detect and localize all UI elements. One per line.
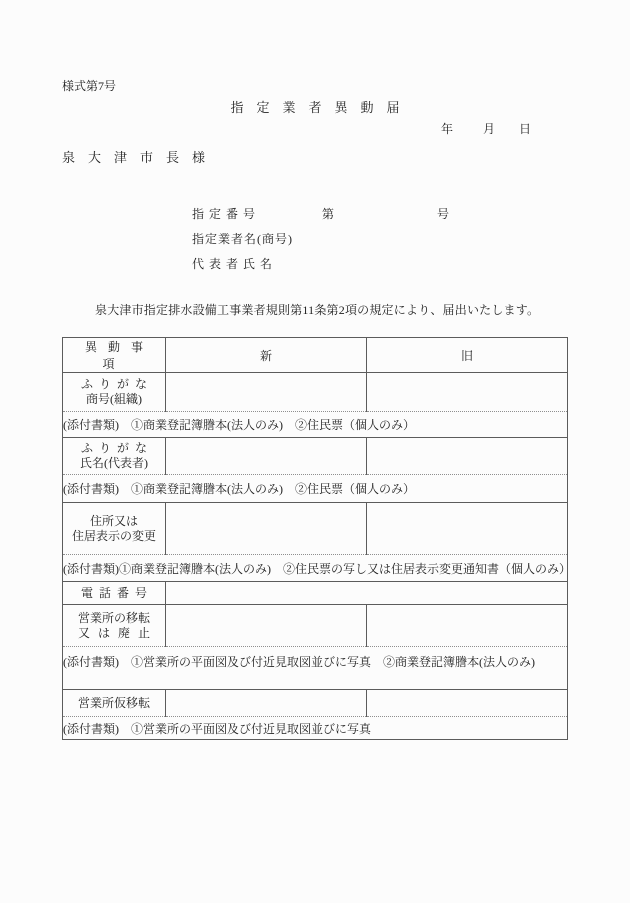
designation-go-label: 号	[437, 205, 449, 222]
address-change-label: 住所又は 住居表示の変更	[63, 503, 166, 555]
row-attachment-1: (添付書類) ①商業登記簿謄本(法人のみ) ②住民票（個人のみ）	[63, 412, 568, 438]
attachment-note: (添付書類) ①営業所の平面図及び付近見取図並びに写真	[63, 717, 568, 740]
month-label: 月	[483, 122, 495, 136]
declaration-sentence: 泉大津市指定排水設備工事業者規則第11条第2項の規定により、届出いたします。	[95, 301, 539, 318]
address-label-line2: 住居表示の変更	[72, 529, 156, 543]
document-title: 指定業者異動届	[0, 97, 630, 116]
trade-name-label: ふりがな 商号(組織)	[63, 373, 166, 412]
address-label-line1: 住所又は	[90, 514, 138, 528]
office-relocation-label: 営業所の移転 又は廃止	[63, 605, 166, 647]
trade-name-sublabel: 商号(組織)	[86, 392, 142, 406]
row-attachment-3: (添付書類)①商業登記簿謄本(法人のみ) ②住民票の写し又は住居表示変更通知書（…	[63, 555, 568, 582]
row-phone-number: 電話番号	[63, 582, 568, 605]
row-address-change: 住所又は 住居表示の変更	[63, 503, 568, 555]
representative-sublabel: 氏名(代表者)	[80, 456, 148, 470]
office-relocation-line1: 営業所の移転	[78, 611, 150, 625]
document-page: 様式第7号 指定業者異動届 年月日 泉大津市長様 指定番号 第 号 指定業者名(…	[0, 0, 630, 903]
old-value-cell	[367, 605, 568, 647]
form-number: 様式第7号	[62, 77, 116, 94]
new-value-cell	[166, 503, 367, 555]
row-office-relocation: 営業所の移転 又は廃止	[63, 605, 568, 647]
header-old: 旧	[367, 338, 568, 373]
designation-dai-label: 第	[322, 205, 334, 222]
temporary-relocation-label: 営業所仮移転	[63, 690, 166, 717]
header-new: 新	[166, 338, 367, 373]
header-item: 異動事項	[63, 338, 166, 373]
old-value-cell	[367, 690, 568, 717]
new-value-cell	[166, 438, 367, 475]
table-header-row: 異動事項 新 旧	[63, 338, 568, 373]
day-label: 日	[519, 122, 531, 136]
date-line: 年月日	[441, 120, 531, 137]
furigana-label: ふりがな	[75, 441, 153, 455]
row-attachment-4: (添付書類) ①営業所の平面図及び付近見取図並びに写真 ②商業登記簿謄本(法人の…	[63, 647, 568, 690]
attachment-note: (添付書類) ①営業所の平面図及び付近見取図並びに写真 ②商業登記簿謄本(法人の…	[63, 647, 568, 690]
row-trade-name: ふりがな 商号(組織)	[63, 373, 568, 412]
year-label: 年	[441, 122, 453, 136]
row-representative-name: ふりがな 氏名(代表者)	[63, 438, 568, 475]
change-items-table: 異動事項 新 旧 ふりがな 商号(組織) (添付書類) ①商業登記簿謄本(法人の…	[62, 337, 568, 740]
row-attachment-5: (添付書類) ①営業所の平面図及び付近見取図並びに写真	[63, 717, 568, 740]
attachment-note: (添付書類) ①商業登記簿謄本(法人のみ) ②住民票（個人のみ）	[63, 412, 568, 438]
new-value-cell	[166, 373, 367, 412]
row-temporary-relocation: 営業所仮移転	[63, 690, 568, 717]
designation-number-label: 指定番号	[192, 205, 260, 222]
phone-value-cell	[166, 582, 568, 605]
attachment-note: (添付書類) ①商業登記簿謄本(法人のみ) ②住民票（個人のみ）	[63, 475, 568, 503]
attachment-note: (添付書類)①商業登記簿謄本(法人のみ) ②住民票の写し又は住居表示変更通知書（…	[63, 555, 568, 582]
office-relocation-line2: 又は廃止	[70, 626, 158, 640]
addressee: 泉大津市長様	[62, 147, 218, 166]
new-value-cell	[166, 690, 367, 717]
new-value-cell	[166, 605, 367, 647]
old-value-cell	[367, 438, 568, 475]
row-attachment-2: (添付書類) ①商業登記簿謄本(法人のみ) ②住民票（個人のみ）	[63, 475, 568, 503]
representative-name-cell-label: ふりがな 氏名(代表者)	[63, 438, 166, 475]
old-value-cell	[367, 503, 568, 555]
company-name-label: 指定業者名(商号)	[192, 230, 293, 247]
old-value-cell	[367, 373, 568, 412]
phone-number-label: 電話番号	[63, 582, 166, 605]
furigana-label: ふりがな	[75, 377, 153, 391]
representative-name-label: 代表者氏名	[192, 255, 277, 272]
